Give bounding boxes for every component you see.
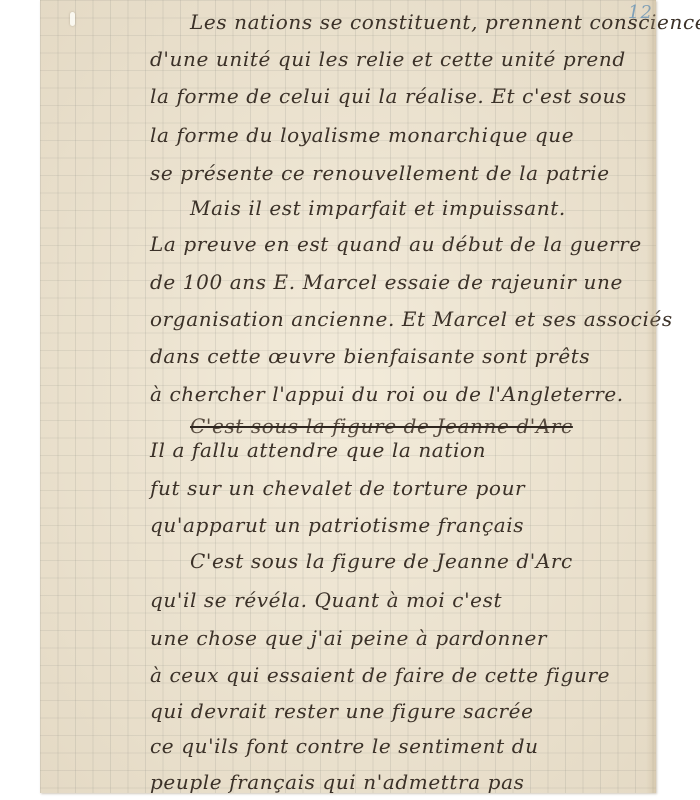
text-line: la forme du loyalisme monarchique que (150, 121, 650, 149)
text-line: Mais il est imparfait et impuissant. (190, 194, 690, 222)
text-line: organisation ancienne. Et Marcel et ses … (150, 305, 650, 333)
text-line: La preuve en est quand au début de la gu… (150, 230, 650, 258)
handwritten-text-block: Les nations se constituent, prennent con… (40, 0, 656, 793)
text-line: qu'il se révéla. Quant à moi c'est (150, 586, 650, 614)
text-line: C'est sous la figure de Jeanne d'Arc (190, 547, 690, 575)
text-line: d'une unité qui les relie et cette unité… (150, 45, 650, 73)
text-line: à ceux qui essaient de faire de cette fi… (150, 661, 650, 689)
text-line: de 100 ans E. Marcel essaie de rajeunir … (150, 268, 650, 296)
manuscript-page: 12 Les nations se constituent, prennent … (40, 0, 656, 793)
text-line: une chose que j'ai peine à pardonner (150, 624, 650, 652)
text-line: Les nations se constituent, prennent con… (190, 8, 690, 36)
text-line: la forme de celui qui la réalise. Et c'e… (150, 82, 650, 110)
text-line: dans cette œuvre bienfaisante sont prêts (150, 342, 650, 370)
text-line: qui devrait rester une figure sacrée (150, 697, 650, 725)
text-line: peuple français qui n'admettra pas (150, 768, 650, 796)
text-line: à chercher l'appui du roi ou de l'Anglet… (150, 380, 650, 408)
text-line: fut sur un chevalet de torture pour (150, 474, 650, 502)
text-line: ce qu'ils font contre le sentiment du (150, 732, 650, 760)
scan-canvas: 12 Les nations se constituent, prennent … (0, 0, 700, 800)
text-line: qu'apparut un patriotisme français (150, 511, 650, 539)
text-line: se présente ce renouvellement de la patr… (150, 159, 650, 187)
text-line: Il a fallu attendre que la nation (150, 436, 650, 464)
